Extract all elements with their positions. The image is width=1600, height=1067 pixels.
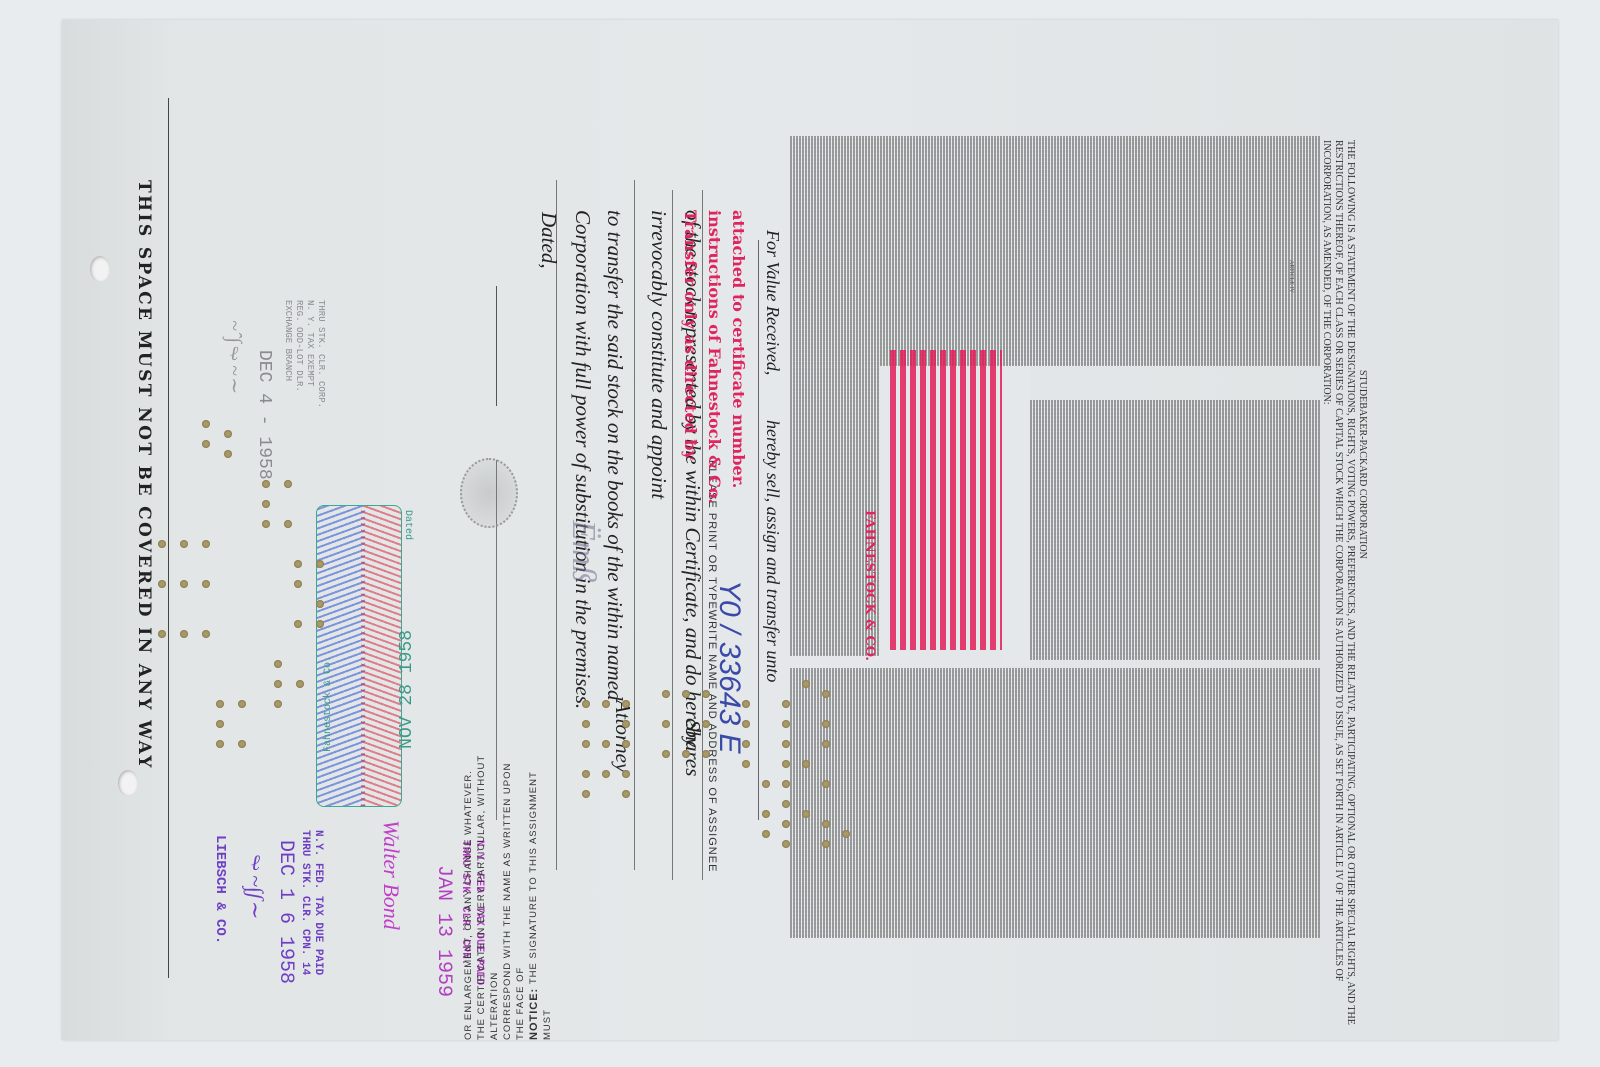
dated-line [496,286,497,406]
corporation-text: Corporation with full power of substitut… [570,210,595,709]
margin-notice: THIS SPACE MUST NOT BE COVERED IN ANY WA… [134,180,154,770]
red-transfer-stamp: attached to certificate number. instruct… [678,210,750,504]
notice-label: NOTICE: [528,988,540,1040]
notice-line3: THE CERTIFICATE IN EVERY PARTICULAR, WIT… [475,750,501,1040]
statement-heading-block: STUDEBAKER-PACKARD CORPORATION THE FOLLO… [1320,140,1368,1025]
to-transfer-text: to transfer the said stock on the books … [602,210,627,701]
shares-label: Shares [680,720,705,776]
teal-date-stamp: NOV 28 1958 [397,630,417,749]
notary-seal [460,458,518,528]
margin-rule [168,98,169,978]
magenta-date-stamp: JAN 13 1959 [432,865,455,997]
form-line [758,240,759,820]
notice-line2: CORRESPOND WITH THE NAME AS WRITTEN UPON… [501,750,527,1040]
gray-signature: ~ˆ∫ℓ~∼ [222,320,246,393]
magenta-signature: Walter Bond [378,820,404,930]
handwritten-assignee-field[interactable]: Y0 / 33643 E [712,580,746,753]
irrevocably-text: irrevocably constitute and appoint [646,210,671,499]
dated-label: Dated, [536,212,561,269]
binder-hole [118,770,138,796]
form-line [556,180,557,870]
articles-fine-print-bottom [790,668,1320,938]
red-fahnestock-signature: FAHNESTOCK & CO. [862,510,877,661]
purple-firm-stamp: LIEBSCH & CO. [212,835,228,944]
gray-tax-stamp: THRU STK. CLR. CORP. N. Y. TAX EXEMPT RE… [282,300,326,408]
statement-heading: STUDEBAKER-PACKARD CORPORATION [1356,140,1368,1025]
purple-signature: ℓ~∫ʃ∼ [242,850,268,918]
certificate-paper: THIS SPACE MUST NOT BE COVERED IN ANY WA… [62,20,1558,1040]
gray-smudge-signature: Ëmß [564,520,602,582]
hereby-sell-text: hereby sell, assign and transfer unto [762,420,783,682]
notice-line4: OR ENLARGEMENT, OR ANY CHANGE WHATEVER. [462,750,475,1040]
for-value-received: For Value Received, [762,230,783,375]
signature-guarantee-medallion: Fahnestock & Co. [316,505,402,807]
assignment-notice: OR ENLARGEMENT, OR ANY CHANGE WHATEVER. … [462,750,554,1040]
articles-fine-print-mid [1030,400,1320,660]
attorney-label: Attorney [610,700,635,772]
gray-date-stamp: DEC 4 - 1958 [254,350,274,480]
binder-hole [90,256,110,282]
teal-dated-label: Dated [402,510,413,540]
purple-tax-stamp: N.Y. FED. TAX DUE PAID THRU STK. CLR. CP… [298,830,324,975]
articles-fine-print-top [790,136,1320,366]
form-line [672,190,673,880]
red-fahnestock-stamp-block [890,350,1002,650]
article-label: ARTICLE IV [1288,260,1294,293]
purple-date-stamp: DEC 1 6 1958 [274,840,297,984]
